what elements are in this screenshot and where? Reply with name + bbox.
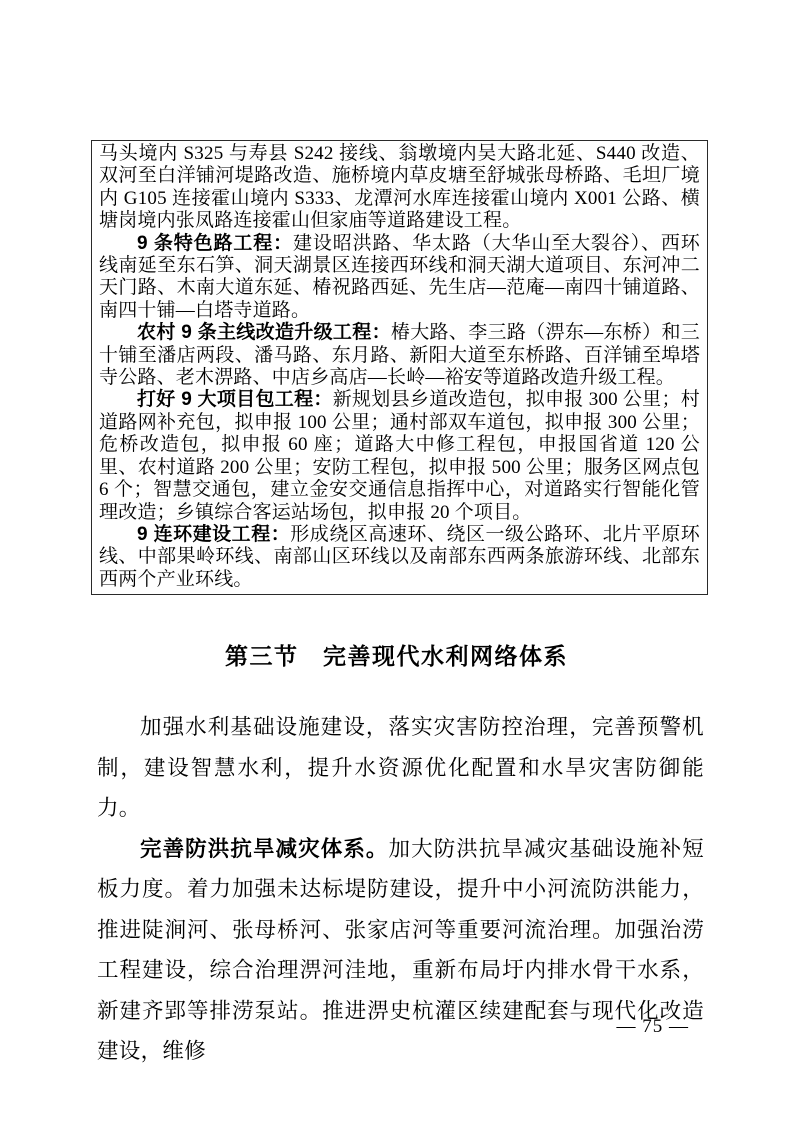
- paragraph-text: 加强水利基础设施建设，落实灾害防控治理，完善预警机制，建设智慧水利，提升水资源优…: [97, 715, 704, 820]
- paragraph-lead: 农村 9 条主线改造升级工程：: [137, 322, 391, 343]
- paragraph-lead: 打好 9 大项目包工程：: [137, 389, 333, 410]
- paragraph-lead: 9 条特色路工程：: [137, 233, 293, 254]
- paragraph: 完善防洪抗旱减灾体系。加大防洪抗旱减灾基础设施补短板力度。着力加强未达标堤防建设…: [97, 829, 704, 1072]
- paragraph: 9 条特色路工程：建设昭洪路、华太路（大华山至大裂谷）、西环线南延至东石笋、洞天…: [99, 233, 700, 323]
- paragraph-lead: 9 连环建设工程：: [137, 524, 290, 545]
- paragraph-text: 马头境内 S325 与寿县 S242 接线、翁墩境内吴大路北延、S440 改造、…: [99, 143, 700, 231]
- paragraph: 加强水利基础设施建设，落实灾害防控治理，完善预警机制，建设智慧水利，提升水资源优…: [97, 707, 704, 829]
- paragraph: 打好 9 大项目包工程：新规划县乡道改造包，拟申报 300 公里；村道路网补充包…: [99, 389, 700, 523]
- paragraph-text: 加大防洪抗旱减灾基础设施补短板力度。着力加强未达标堤防建设，提升中小河流防洪能力…: [97, 837, 704, 1064]
- document-page: 马头境内 S325 与寿县 S242 接线、翁墩境内吴大路北延、S440 改造、…: [0, 0, 793, 1122]
- section-heading: 第三节 完善现代水利网络体系: [0, 638, 793, 671]
- paragraph-lead: 完善防洪抗旱减灾体系。: [140, 837, 389, 861]
- paragraph: 9 连环建设工程：形成绕区高速环、绕区一级公路环、北片平原环线、中部果岭环线、南…: [99, 524, 700, 591]
- paragraph: 农村 9 条主线改造升级工程：椿大路、李三路（淠东—东桥）和三十铺至潘店两段、潘…: [99, 322, 700, 389]
- section-body: 加强水利基础设施建设，落实灾害防控治理，完善预警机制，建设智慧水利，提升水资源优…: [97, 707, 704, 1072]
- boxed-project-list: 马头境内 S325 与寿县 S242 接线、翁墩境内吴大路北延、S440 改造、…: [91, 140, 708, 595]
- paragraph: 马头境内 S325 与寿县 S242 接线、翁墩境内吴大路北延、S440 改造、…: [99, 143, 700, 233]
- page-number: — 75 —: [617, 1016, 690, 1038]
